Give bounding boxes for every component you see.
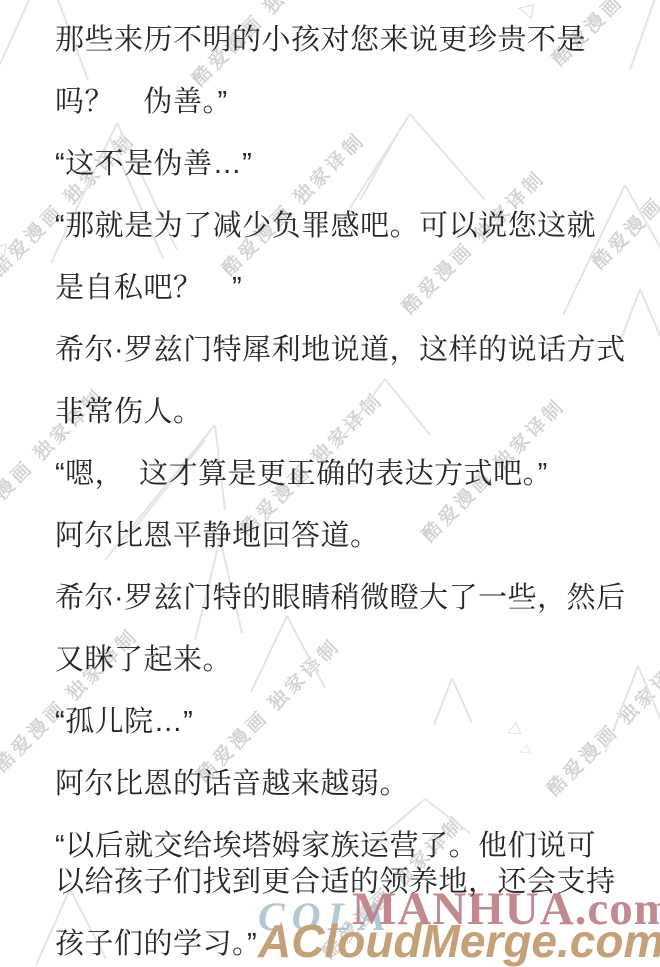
novel-reader-page: 酷爱漫画 独家译制 酷爱漫画 独家译制 酷爱漫画 独家译制 酷爱漫画 独家译制 … [0, 0, 660, 967]
text-line: 以给孩子们找到更合适的领养地，还会支持 [55, 864, 650, 900]
small-triangle-arrow-icon: ◁ [516, 0, 536, 22]
small-triangle-arrow-icon: ◁ [0, 237, 7, 260]
text-line: “以后就交给埃塔姆家族运营了。他们说可 [55, 828, 650, 864]
text-line: 那些来历不明的小孩对您来说更珍贵不是 [55, 22, 650, 58]
text-line: 孩子们的学习。” [55, 926, 650, 962]
novel-text-block: 那些来历不明的小孩对您来说更珍贵不是 吗？ 伪善。” “这不是伪善…” “那就是… [55, 22, 650, 962]
text-line: 希尔·罗兹门特的眼睛稍微瞪大了一些，然后 [55, 580, 650, 616]
text-line: “孤儿院…” [55, 704, 650, 740]
text-line: 希尔·罗兹门特犀利地说道，这样的说话方式 [55, 332, 650, 368]
text-line: “嗯， 这才算是更正确的表达方式吧。” [55, 456, 650, 492]
text-line: 阿尔比恩的话音越来越弱。 [55, 766, 650, 802]
text-line: 是自私吧？ ” [55, 270, 650, 306]
text-line: “这不是伪善…” [55, 146, 650, 182]
text-line: 吗？ 伪善。” [55, 84, 650, 120]
text-line: 又眯了起来。 [55, 642, 650, 678]
text-line: “那就是为了减少负罪感吧。可以说您这就 [55, 208, 650, 244]
text-line: 非常伤人。 [55, 394, 650, 430]
text-line: 阿尔比恩平静地回答道。 [55, 518, 650, 554]
